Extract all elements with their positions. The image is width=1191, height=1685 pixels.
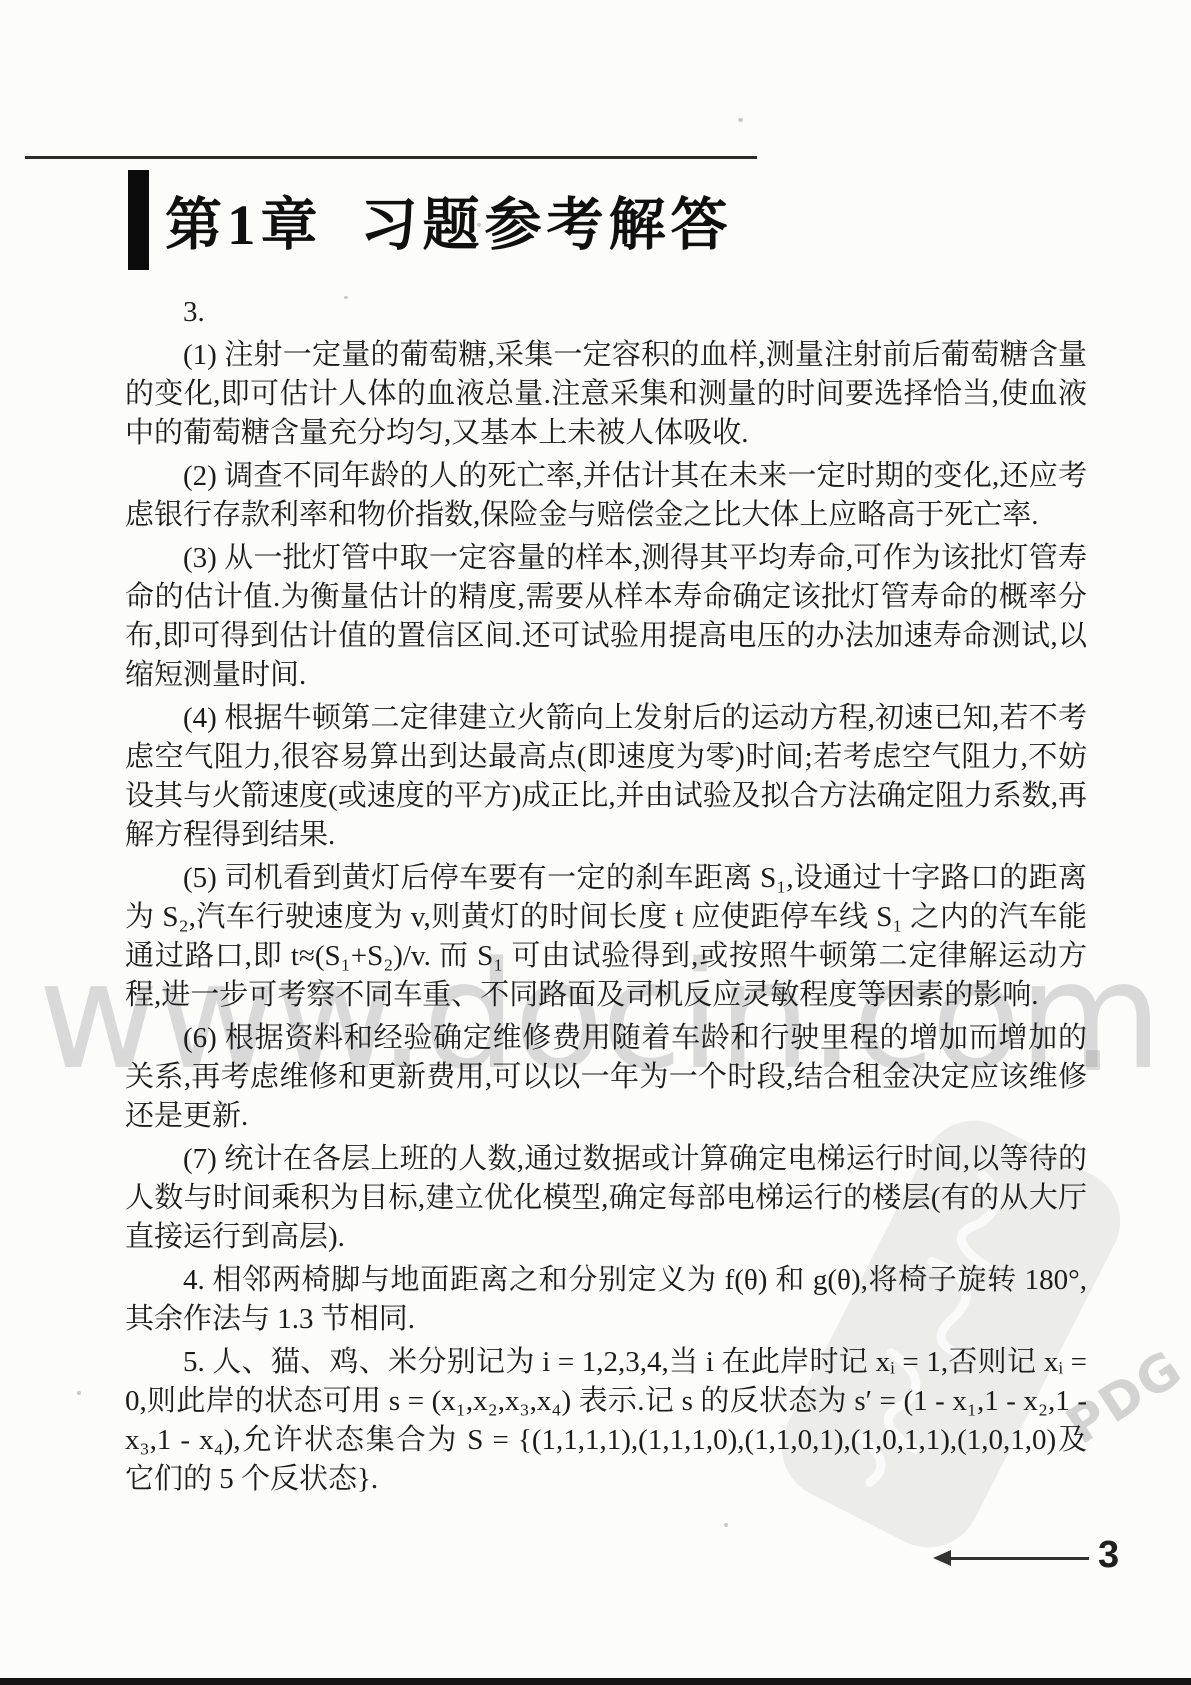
chapter-heading: 第1章习题参考解答 [128, 170, 733, 270]
paragraph-4: (4) 根据牛顿第二定律建立火箭向上发射后的运动方程,初速已知,若不考虑空气阻力… [125, 699, 1087, 855]
scanned-document-page: 第1章习题参考解答 www.docin.com PDG 3. (1) 注射一定量… [0, 0, 1191, 1685]
chapter-accent-bar [128, 170, 149, 270]
solution-text-block: 3. (1) 注射一定量的葡萄糖,采集一定容积的血样,测量注射前后葡萄糖含量的变… [125, 293, 1087, 1503]
paragraph-3: (3) 从一批灯管中取一定容量的样本,测得其平均寿命,可作为该批灯管寿命的估计值… [125, 539, 1087, 695]
scan-speck [77, 1391, 81, 1395]
scan-speck [738, 118, 743, 122]
page-number: 3 [1098, 1534, 1119, 1577]
scan-artifact [1086, 1050, 1100, 1070]
paragraph-5: (5) 司机看到黄灯后停车要有一定的刹车距离 S₁,设通过十字路口的距离为 S₂… [125, 859, 1087, 1015]
page-title: 习题参考解答 [361, 194, 733, 257]
paragraph-9: 5. 人、猫、鸡、米分别记为 i = 1,2,3,4,当 i 在此岸时记 xᵢ … [125, 1343, 1087, 1499]
arrow-shaft [943, 1557, 1089, 1560]
paragraph-2: (2) 调查不同年龄的人的死亡率,并估计其在未来一定时期的变化,还应考虑银行存款… [125, 457, 1087, 535]
scan-edge-bar [0, 1678, 1191, 1685]
left-arrow-icon [933, 1549, 1091, 1567]
chapter-rule-line [25, 156, 757, 159]
paragraph-6: (6) 根据资料和经验确定维修费用随着车龄和行驶里程的增加而增加的关系,再考虑维… [125, 1019, 1087, 1136]
scan-speck [724, 1523, 728, 1527]
section-number: 3. [125, 293, 1087, 332]
paragraph-8: 4. 相邻两椅脚与地面距离之和分别定义为 f(θ) 和 g(θ),将椅子旋转 1… [125, 1261, 1087, 1339]
chapter-label: 第1章 [165, 194, 323, 257]
paragraph-1: (1) 注射一定量的葡萄糖,采集一定容积的血样,测量注射前后葡萄糖含量的变化,即… [125, 336, 1087, 453]
chapter-heading-text: 第1章习题参考解答 [165, 179, 733, 261]
paragraph-7: (7) 统计在各层上班的人数,通过数据或计算确定电梯运行时间,以等待的人数与时间… [125, 1140, 1087, 1257]
